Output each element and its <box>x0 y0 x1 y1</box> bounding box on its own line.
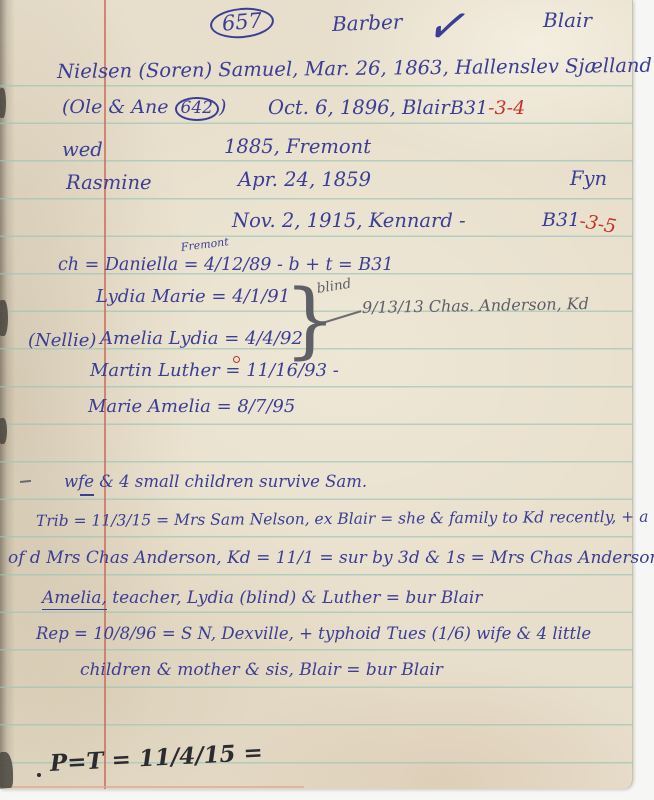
parents-line: (Ole & Ane 642) <box>62 97 226 121</box>
spouse-death: Nov. 2, 1915, Kennard - <box>232 210 466 231</box>
child-daniella-line: ch = Daniella = 4/12/89 - b + t = B31 <box>58 256 393 275</box>
notebook-page: 657 Barber ✓ Blair Nielsen (Soren) Samue… <box>0 0 633 789</box>
ink-dot <box>37 773 41 777</box>
record-number-circle: 657 <box>209 5 275 41</box>
amelia-underlined: Amelia, <box>42 588 107 610</box>
name-birth-line: Nielsen (Soren) Samuel, Mar. 26, 1863, H… <box>57 55 652 83</box>
surname-heading: Barber <box>332 11 403 35</box>
page-edge-blotch <box>0 418 7 444</box>
spouse-birth: Apr. 24, 1859 <box>238 169 371 190</box>
republican-note-line1: Rep = 10/8/96 = S N, Dexville, + typhoid… <box>36 625 591 643</box>
page-bottom-edge <box>4 786 304 788</box>
spouse-cemetery-code: B31 <box>542 209 580 231</box>
parents-record-ref: 642 <box>175 97 219 121</box>
parents-suffix: ) <box>219 96 226 118</box>
wed-info: 1885, Fremont <box>224 136 371 157</box>
checkmark-icon: ✓ <box>423 0 468 58</box>
republican-note-line2: children & mother & sis, Blair = bur Bla… <box>80 661 443 680</box>
parents-prefix: (Ole & Ane <box>62 96 175 118</box>
tribune-note-line2: of d Mrs Chas Anderson, Kd = 11/1 = sur … <box>8 549 654 568</box>
cemetery-code: B31 <box>450 97 488 119</box>
wfe-underline <box>80 494 94 496</box>
red-circle-mark <box>233 356 240 363</box>
spouse-cemetery-ref: B31-3-5 <box>542 210 617 231</box>
death-line: Oct. 6, 1896, Blair <box>268 97 450 118</box>
child-martin-line: Martin Luther = 11/16/93 - <box>90 361 339 381</box>
spouse-birthplace: Fyn <box>570 168 607 189</box>
child-amelia-nickname: (Nellie) <box>28 331 96 351</box>
record-number: 657 <box>210 8 274 38</box>
page-edge-blotch <box>0 300 8 336</box>
place-heading: Blair <box>543 9 592 31</box>
wed-label: wed <box>62 139 103 160</box>
page-edge-blotch <box>0 88 6 118</box>
child-amelia-line: Amelia Lydia = 4/4/92 <box>100 329 303 349</box>
tribune-note-line3: Amelia, teacher, Lydia (blind) & Luther … <box>42 589 482 608</box>
survivors-note: wfe & 4 small children survive Sam. <box>64 473 367 491</box>
scanned-notebook-page: { "header": { "record_number": "657", "s… <box>0 0 654 800</box>
spouse-name: Rasmine <box>66 172 152 193</box>
cemetery-ref: B31-3-4 <box>450 98 525 119</box>
marriage-annotation: 9/13/13 Chas. Anderson, Kd <box>362 295 589 317</box>
child-lydia-line: Lydia Marie = 4/1/91 <box>96 287 290 307</box>
tribune-note-line3-rest: teacher, Lydia (blind) & Luther = bur Bl… <box>107 588 483 608</box>
cemetery-plot: -3-4 <box>488 97 525 119</box>
child-marie-line: Marie Amelia = 8/7/95 <box>88 397 295 417</box>
